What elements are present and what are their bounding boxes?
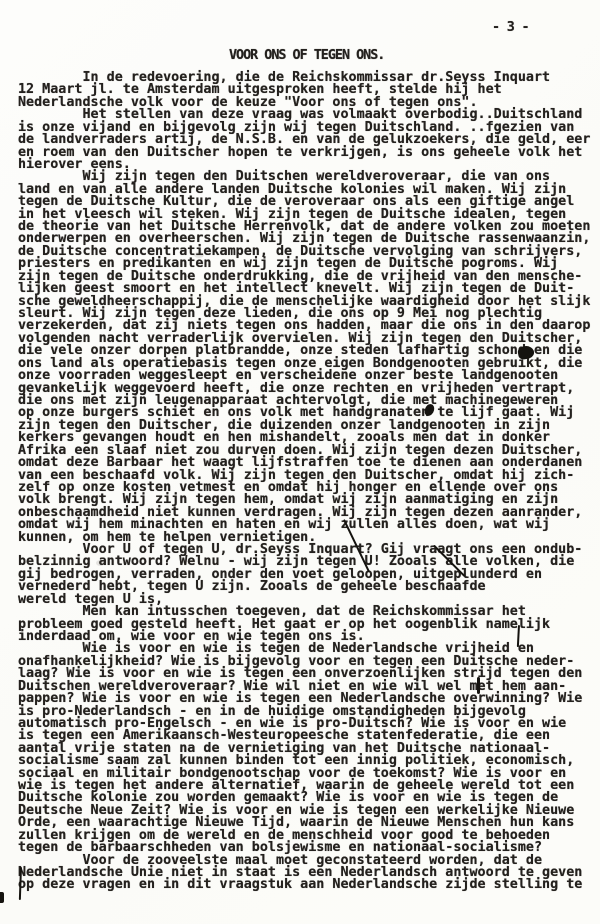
paper-smudge <box>194 252 204 258</box>
paragraph-nederlandsche-unie: Voor de zooveelste maal moet geconstatee… <box>18 855 600 892</box>
paragraph-wie-is-voor-wie-is-tegen: Wie is voor en wie is tegen de Nederland… <box>18 643 600 854</box>
paragraph-question-superfluous: Het stellen van deze vraag was volmaakt … <box>18 109 600 171</box>
document-title: VOOR ONS OF TEGEN ONS. <box>229 48 384 63</box>
paper-smudge <box>96 560 104 566</box>
paragraph-intro-speech: In de redevoering, die de Reichskommissa… <box>18 72 600 109</box>
paragraph-probleem-goed-gesteld: Men kan intusschen toegeven, dat de Reic… <box>18 606 600 643</box>
overstrike-bar-strijd <box>477 677 480 694</box>
paragraph-voor-u-of-tegen-u: Voor U of tegen U, dr.Seyss Inquart? Gij… <box>18 544 600 606</box>
document-page: - 3 - VOOR ONS OF TEGEN ONS. In de redev… <box>0 0 600 924</box>
edge-ink-mark <box>0 892 4 903</box>
document-body: In de redevoering, die de Reichskommissa… <box>18 72 600 892</box>
paragraph-wij-zijn-tegen: Wij zijn tegen den Duitschen wereldverov… <box>18 171 600 544</box>
page-number: - 3 - <box>492 20 529 35</box>
